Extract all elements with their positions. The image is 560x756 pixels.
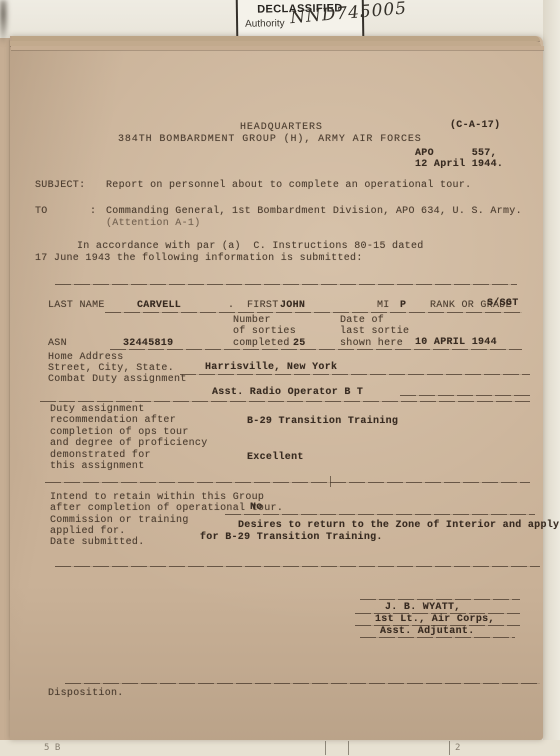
subject-label: SUBJECT: [35,180,85,191]
duty-recommendation-value: B-29 Transition Training [247,416,398,427]
commission-value-2: for B-29 Transition Training. [200,532,383,543]
section-rule [45,482,530,483]
last-name-value: CARVELL [137,300,181,311]
scanner-background-right [543,0,560,756]
duty-label-line: demonstrated for [50,450,151,461]
bottom-edge-line [449,741,450,755]
sorties-label-1: Number [233,315,271,326]
authority-label: Authority [245,18,285,30]
rank-value: S/SGT [487,298,519,309]
first-name-value: JOHN [280,300,305,311]
commission-label-1: Commission or training [50,515,189,526]
duty-label-line: Duty assignment [50,404,145,415]
mi-label: MI [377,300,390,311]
to-text: Commanding General, 1st Bombardment Divi… [106,206,522,217]
retain-label-line1: Intend to retain within this Group [50,492,264,503]
sortie-date-value: 10 APRIL 1944 [415,337,497,348]
to-label: TO [35,206,48,217]
retain-value: No [250,502,263,513]
home-address-label-2: Street, City, State. [48,363,174,374]
mi-value: P [400,300,406,311]
sortie-date-label-3: shown here [340,338,403,349]
name-separator-dot: . [228,300,234,311]
commission-value-1: Desires to return to the Zone of Interio… [238,520,559,531]
attention-line: (Attention A-1) [106,218,201,229]
signature-title: Asst. Adjutant. [380,626,475,637]
retain-label-line2: after completion of operational tour. [50,503,283,514]
signature-name: J. B. WYATT, [385,602,461,613]
section-rule [40,401,530,402]
home-address-label-1: Home Address [48,352,124,363]
name-row-underline [105,312,522,313]
scan-smudge [0,0,9,46]
first-name-label: FIRST [247,300,279,311]
underlying-page-bottom-edge [0,740,560,756]
declassified-stamp: DECLASSIFIED Authority NND745005 [236,0,365,40]
sorties-label-2: of sorties [233,326,296,337]
apo-line: APO 557, [415,148,497,159]
sortie-date-label-1: Date of [340,315,384,326]
sorties-value: 25 [293,338,306,349]
body-paragraph-line1: In accordance with par (a) C. Instructio… [77,241,424,252]
duty-label-line: completion of ops tour [50,427,189,438]
sorties-label-3: completed [233,338,290,349]
date-submitted-label: Date submitted. [50,537,145,548]
asn-row-underline [110,349,522,350]
last-name-label: LAST NAME [48,300,105,311]
bottom-edge-line [325,741,326,755]
signature-rule [360,599,520,600]
stacked-page-edge [11,46,544,50]
to-colon: : [90,206,96,217]
retain-underline [225,514,535,515]
section-rule [55,284,517,285]
combat-duty-label: Combat Duty assignment [48,374,187,385]
letter-date: 12 April 1944. [415,159,503,170]
home-address-value: Harrisville, New York [205,362,337,373]
combat-duty-value: Asst. Radio Operator B T [212,387,363,398]
fold-tick [330,476,331,487]
proficiency-value: Excellent [247,452,304,463]
duty-label-line: this assignment [50,461,145,472]
letterhead-group: 384TH BOMBARDMENT GROUP (H), ARMY AIR FO… [118,134,422,145]
sortie-date-label-2: last sortie [340,326,409,337]
asn-label: ASN [48,338,67,349]
subject-text: Report on personnel about to complete an… [106,180,471,191]
letterhead-headquarters: HEADQUARTERS [240,122,323,133]
combat-row-underline [400,395,530,396]
duty-label-line: and degree of proficiency [50,438,208,449]
bottom-edge-left-mark: 5 B [44,743,60,753]
disposition-rule [65,683,540,684]
disposition-label: Disposition. [48,688,124,699]
commission-label-2: applied for. [50,526,126,537]
duty-label-line: recommendation after [50,415,176,426]
scanned-document-viewer: DECLASSIFIED Authority NND745005 HEADQUA… [0,0,560,756]
bottom-edge-line [348,741,349,755]
bottom-edge-right-mark: 2 [455,743,460,753]
signature-rank: 1st Lt., Air Corps, [375,614,495,625]
document-page: HEADQUARTERS 384TH BOMBARDMENT GROUP (H)… [10,36,543,740]
section-rule [55,566,540,567]
asn-value: 32445819 [123,338,173,349]
home-address-underline [180,374,530,375]
body-paragraph-line2: 17 June 1943 the following information i… [35,253,363,264]
signature-rule [360,637,515,638]
file-code: (C-A-17) [450,120,500,131]
